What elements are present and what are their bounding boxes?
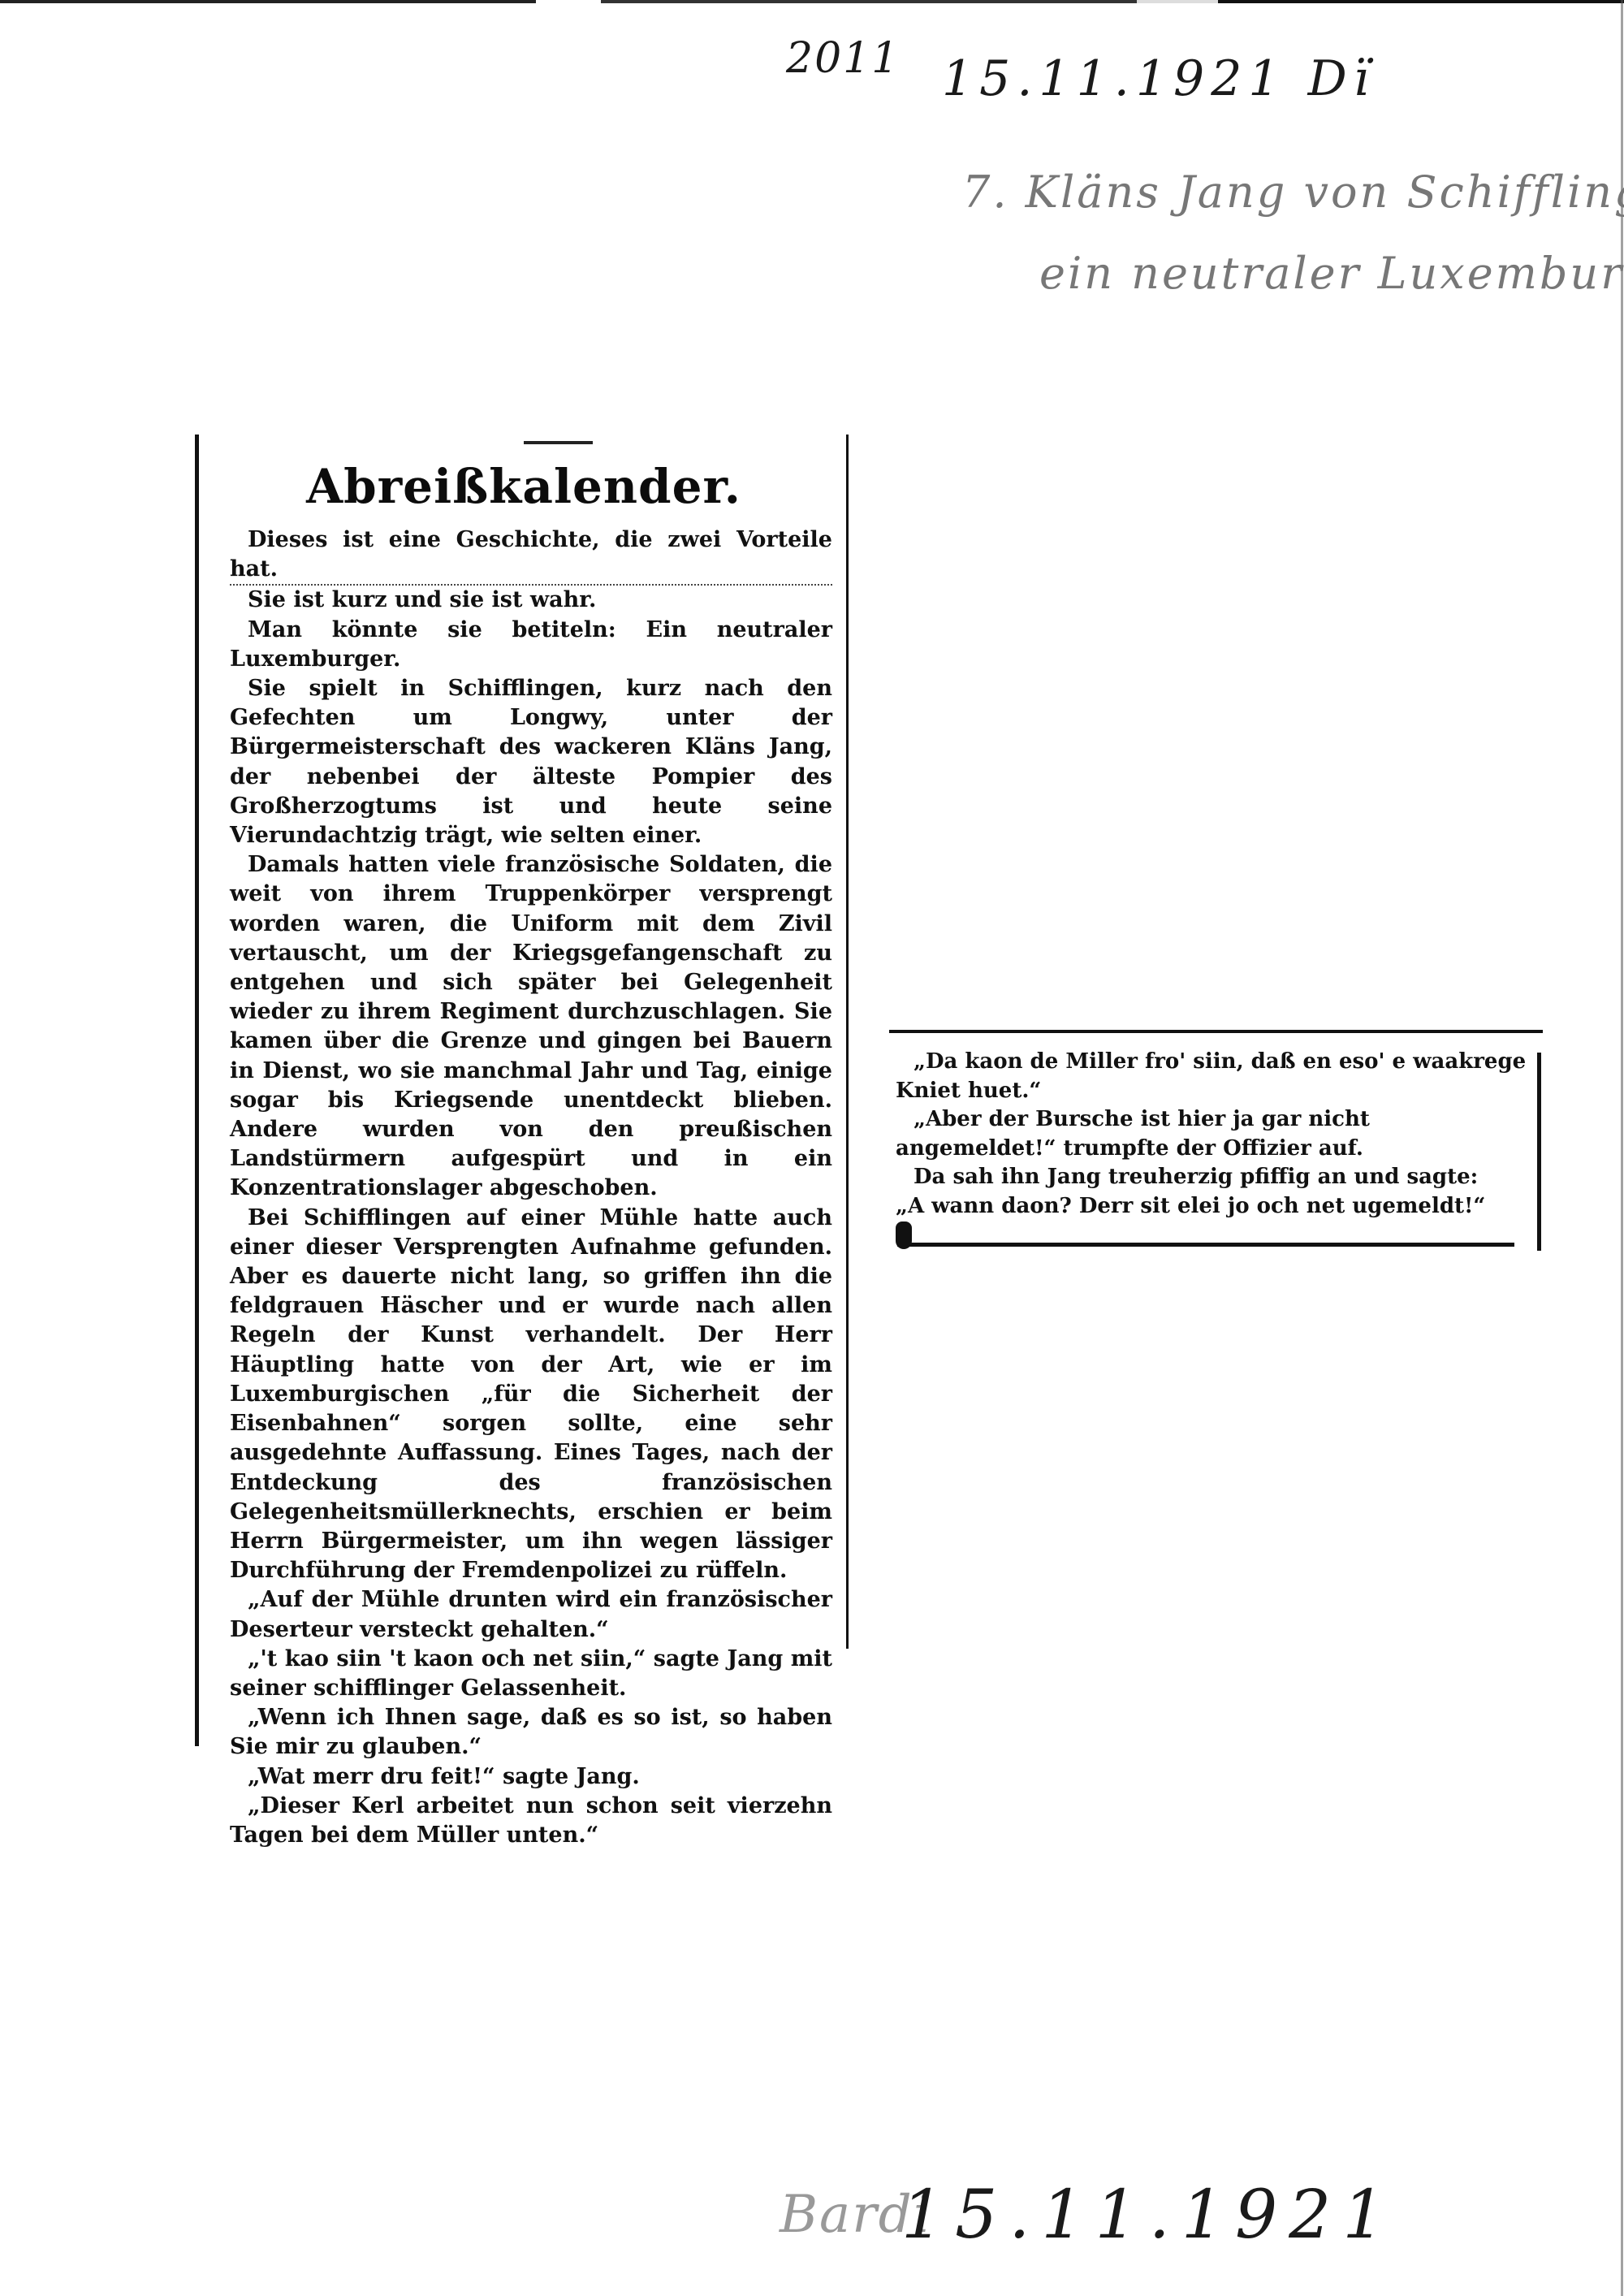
article-body: Dieses ist eine Geschichte, die zwei Vor… [230,525,832,1850]
newspaper-clipping-main: Abreißkalender. Dieses ist eine Geschich… [195,435,849,1746]
continuation-paragraph: Da sah ihn Jang treuherzig pfiffig an un… [896,1163,1529,1192]
article-paragraph: Sie ist kurz und sie ist wahr. [230,586,832,615]
article-paragraph: Bei Schifflingen auf einer Mühle hatte a… [230,1204,832,1586]
continuation-paragraph: „Da kaon de Miller fro' siin, daß en eso… [896,1048,1529,1105]
continuation-top-rule [889,1030,1543,1033]
article-paragraph: „Dieser Kerl arbeitet nun schon seit vie… [230,1792,832,1850]
article-title: Abreißkalender. [199,459,849,514]
handwritten-note-line-1: 7. Kläns Jang von Schifflingen [962,166,1624,218]
handwritten-note-line-2: ein neutraler Luxemburger [1039,248,1624,299]
clipping-top-rule [524,441,593,444]
scan-edge-top [0,0,1624,3]
article-paragraph: „Wenn ich Ihnen sage, daß es so ist, so … [230,1703,832,1762]
column-rule [846,435,849,1649]
article-paragraph: „'t kao siin 't kaon och net siin,“ sagt… [230,1645,832,1703]
article-paragraph: Damals hatten viele französische Soldate… [230,850,832,1203]
newspaper-clipping-continuation: „Da kaon de Miller fro' siin, daß en eso… [889,1030,1543,1247]
article-paragraph: Sie spielt in Schifflingen, kurz nach de… [230,674,832,850]
continuation-right-rule [1537,1053,1541,1251]
article-paragraph: Man könnte sie betiteln: Ein neutraler L… [230,616,832,674]
article-paragraph: „Wat merr dru feit!“ sagte Jang. [230,1762,832,1792]
continuation-paragraph: „A wann daon? Derr sit elei jo och net u… [896,1192,1529,1222]
continuation-paragraph: „Aber der Bursche ist hier ja gar nicht … [896,1105,1529,1163]
article-paragraph: „Auf der Mühle drunten wird ein französi… [230,1585,832,1644]
handwritten-reference-number: 2011 [786,34,900,83]
continuation-bottom-rule [897,1243,1514,1247]
handwritten-bottom-date: 15.11.1921 [901,2177,1397,2254]
handwritten-top-date: 15.11.1921 Dï [942,50,1376,107]
continuation-body: „Da kaon de Miller fro' siin, daß en eso… [896,1048,1529,1250]
scan-edge-right [1621,0,1623,2296]
article-paragraph: Dieses ist eine Geschichte, die zwei Vor… [230,525,832,586]
